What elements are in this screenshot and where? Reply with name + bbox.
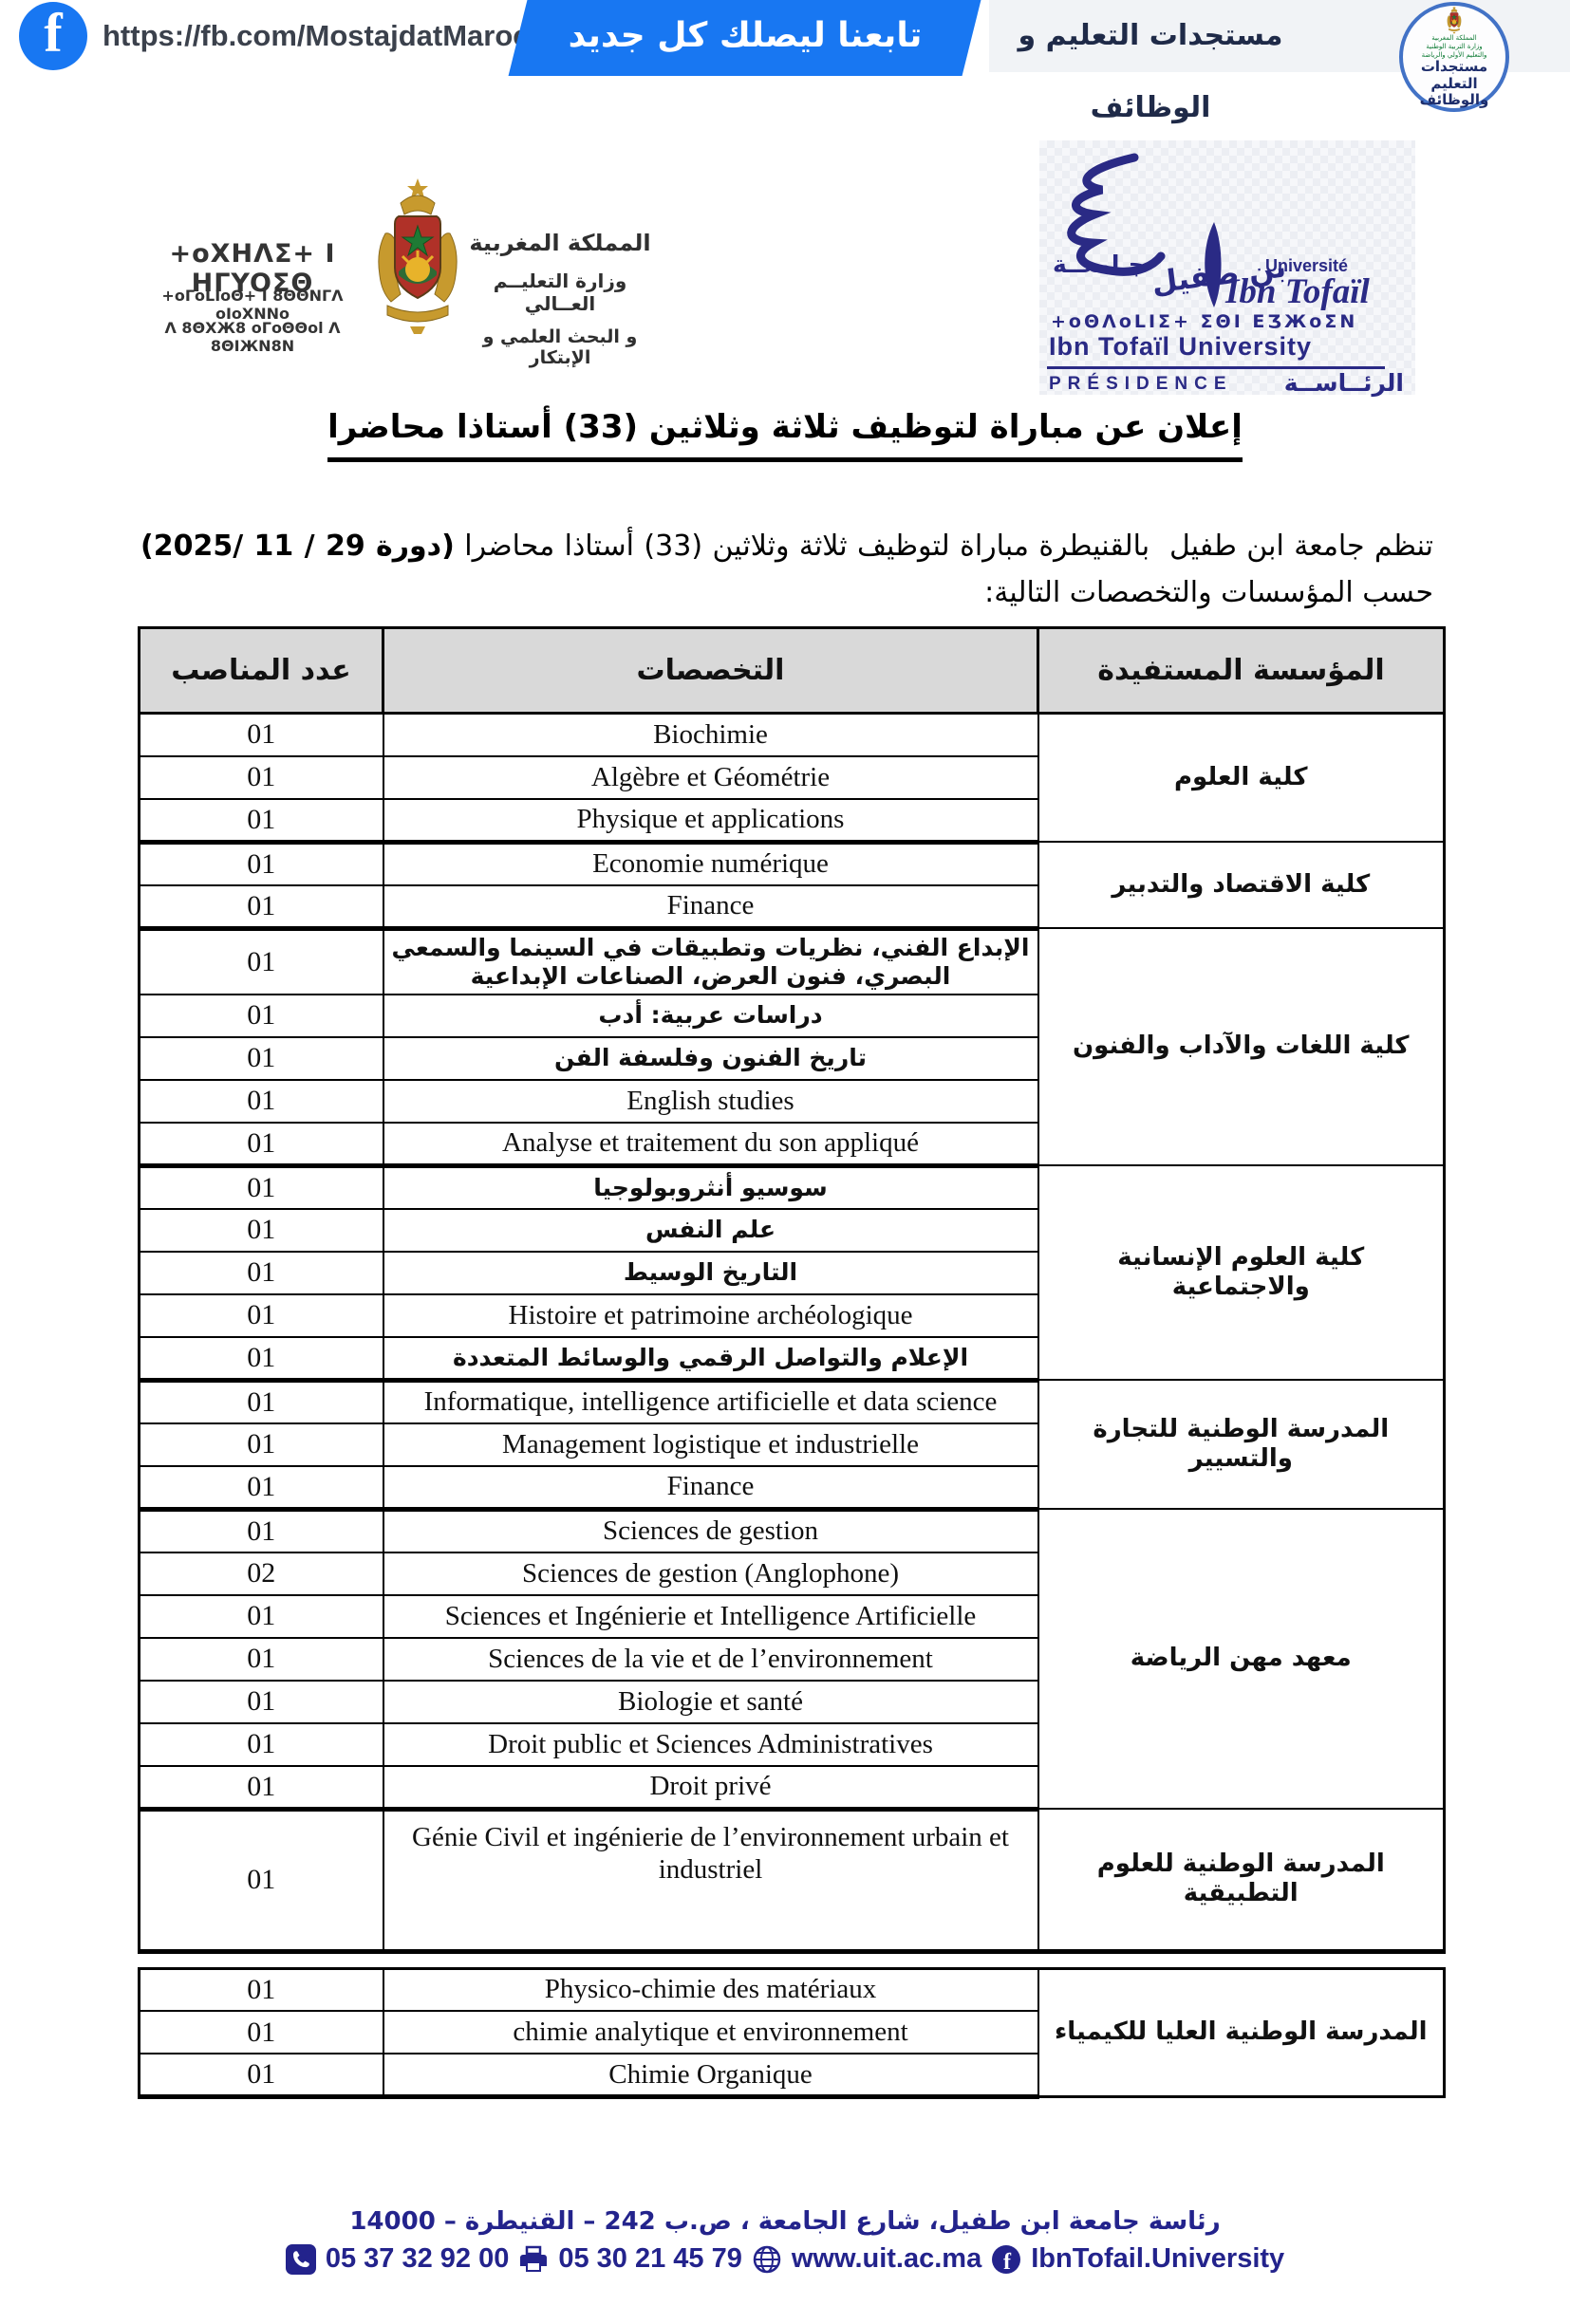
table-row: كلية الاقتصاد والتدبيرEconomie numérique… <box>140 842 1445 885</box>
specialty-cell: سوسيو أنثروبولوجيا <box>383 1165 1038 1209</box>
fax-number: 05 30 21 45 79 <box>558 2243 742 2275</box>
phone-number: 05 37 32 92 00 <box>326 2243 510 2275</box>
positions-count-cell: 01 <box>140 928 383 995</box>
specialty-cell: Sciences de la vie et de l’environnement <box>383 1638 1038 1681</box>
positions-count-cell: 01 <box>140 1037 383 1080</box>
specialty-cell: Biochimie <box>383 714 1038 756</box>
facebook-icon: f <box>19 2 87 70</box>
specialty-cell: Finance <box>383 885 1038 929</box>
table-row: كلية العلوم الإنسانية والاجتماعيةسوسيو أ… <box>140 1165 1445 1209</box>
specialty-cell: Economie numérique <box>383 842 1038 885</box>
table-row: المدرسة الوطنية للتجارة والتسييرInformat… <box>140 1380 1445 1423</box>
calligraphy-stroke-icon <box>1197 222 1227 309</box>
specialty-cell: Physico-chimie des matériaux <box>383 1968 1038 2011</box>
institution-cell: معهد مهن الرياضة <box>1038 1509 1445 1809</box>
specialty-cell: Chimie Organique <box>383 2054 1038 2097</box>
ministry-tifinagh-line3: Λ 8ΘXЖ8 oΓoΘΘol Λ 8ΘIЖN8N <box>133 319 372 355</box>
specialty-cell: Analyse et traitement du son appliqué <box>383 1123 1038 1166</box>
table-row: المدرسة الوطنية العليا للكيمياءPhysico-c… <box>140 1968 1445 2011</box>
positions-count-cell: 01 <box>140 756 383 799</box>
positions-table-chemistry: المدرسة الوطنية العليا للكيمياءPhysico-c… <box>138 1967 1446 2100</box>
page-logo-badge: المملكة المغربية وزارة التربية الوطنية و… <box>1399 2 1509 112</box>
positions-count-cell: 01 <box>140 1723 383 1766</box>
university-tifinagh-line: +oΘΛoLIΣ+ ΣΘI EƷЖoΣN <box>1051 311 1357 332</box>
phone-icon <box>286 2244 316 2275</box>
positions-count-cell: 01 <box>140 1209 383 1252</box>
table-row: كلية اللغات والآداب والفنونالإبداع الفني… <box>140 928 1445 995</box>
positions-count-cell: 01 <box>140 1165 383 1209</box>
badge-brand-text: مستجدات التعليم والوظائف <box>1403 59 1505 108</box>
positions-count-cell: 01 <box>140 1423 383 1466</box>
positions-count-cell: 01 <box>140 2011 383 2054</box>
ministry-arabic-text: المملكة المغربية وزارة التعليــم العــال… <box>463 230 657 368</box>
university-logo: جـامعــة بن طفيل Université Ibn Tofaïl +… <box>1039 140 1415 395</box>
positions-count-cell: 01 <box>140 1809 383 1951</box>
positions-count-cell: 01 <box>140 1123 383 1166</box>
specialty-cell: Algèbre et Géométrie <box>383 756 1038 799</box>
positions-count-cell: 01 <box>140 995 383 1037</box>
institution-cell: كلية العلوم <box>1038 714 1445 843</box>
header-positions-count: عدد المناصب <box>140 628 383 714</box>
specialty-cell: Biologie et santé <box>383 1681 1038 1723</box>
badge-small-text: المملكة المغربية وزارة التربية الوطنية و… <box>1422 34 1487 59</box>
specialty-cell: Sciences de gestion (Anglophone) <box>383 1552 1038 1595</box>
specialty-cell: Finance <box>383 1466 1038 1510</box>
positions-count-cell: 01 <box>140 842 383 885</box>
specialty-cell: Droit privé <box>383 1766 1038 1810</box>
positions-count-cell: 01 <box>140 1509 383 1552</box>
specialty-cell: chimie analytique et environnement <box>383 2011 1038 2054</box>
positions-count-cell: 01 <box>140 1380 383 1423</box>
facebook-handle: IbnTofail.University <box>1031 2243 1284 2275</box>
specialty-cell: Management logistique et industrielle <box>383 1423 1038 1466</box>
announcement-title: إعلان عن مباراة لتوظيف ثلاثة وثلاثين (33… <box>327 408 1243 462</box>
presidence-arabic-label: الرئــاســة <box>1284 369 1404 397</box>
fax-icon <box>518 2244 549 2275</box>
positions-count-cell: 01 <box>140 1080 383 1123</box>
specialty-cell: علم النفس <box>383 1209 1038 1252</box>
positions-table: المؤسسة المستفيدة التخصصات عدد المناصب ك… <box>138 626 1446 1954</box>
specialty-cell: Sciences et Ingénierie et Intelligence A… <box>383 1595 1038 1638</box>
institution-cell: المدرسة الوطنية للتجارة والتسيير <box>1038 1380 1445 1509</box>
positions-count-cell: 02 <box>140 1552 383 1595</box>
announcement-document: f https://fb.com/MostajdatMaroc تابعنا ل… <box>0 0 1570 2324</box>
session-date: (دورة 29 / 11 /2025) <box>140 530 455 563</box>
table-row: كلية العلومBiochimie01 <box>140 714 1445 756</box>
recruitment-tables: المؤسسة المستفيدة التخصصات عدد المناصب ك… <box>138 626 1448 2099</box>
positions-count-cell: 01 <box>140 1638 383 1681</box>
specialty-cell: دراسات عربية: أدب <box>383 995 1038 1037</box>
follow-text: تابعنا ليصلك كل جديد <box>518 0 972 76</box>
svg-text:f: f <box>1003 2250 1012 2275</box>
specialty-cell: Histoire et patrimoine archéologique <box>383 1294 1038 1337</box>
specialty-cell: English studies <box>383 1080 1038 1123</box>
facebook-banner: f https://fb.com/MostajdatMaroc تابعنا ل… <box>0 0 1570 72</box>
positions-count-cell: 01 <box>140 1766 383 1810</box>
positions-count-cell: 01 <box>140 1968 383 2011</box>
follow-ribbon: تابعنا ليصلك كل جديد <box>509 0 982 76</box>
ministry-logo: +oXHΛΣ+ I HΓYOΣΘ +oΓoLIoΘ+ I 8ΘΘNΓΛ oIoX… <box>133 142 664 389</box>
institution-cell: المدرسة الوطنية للعلوم التطبيقية <box>1038 1809 1445 1951</box>
positions-count-cell: 01 <box>140 1681 383 1723</box>
specialty-cell: التاريخ الوسيط <box>383 1252 1038 1294</box>
moroccan-coat-of-arms-icon <box>1440 6 1468 34</box>
specialty-cell: الإعلام والتواصل الرقمي والوسائط المتعدد… <box>383 1337 1038 1381</box>
positions-count-cell: 01 <box>140 2054 383 2097</box>
table-row: المدرسة الوطنية للعلوم التطبيقيةGénie Ci… <box>140 1809 1445 1951</box>
positions-count-cell: 01 <box>140 799 383 843</box>
specialty-cell: Sciences de gestion <box>383 1509 1038 1552</box>
page-title: إعلان عن مباراة لتوظيف ثلاثة وثلاثين (33… <box>0 408 1570 462</box>
ibn-tofail-script: Ibn Tofaïl <box>1225 271 1370 312</box>
university-english-name: Ibn Tofaïl University <box>1049 332 1312 362</box>
institution-cell: المدرسة الوطنية العليا للكيمياء <box>1038 1968 1445 2097</box>
institution-cell: كلية الاقتصاد والتدبير <box>1038 842 1445 928</box>
positions-count-cell: 01 <box>140 1466 383 1510</box>
table-row: معهد مهن الرياضةSciences de gestion01 <box>140 1509 1445 1552</box>
document-footer: رئاسة جامعة ابن طفيل، شارع الجامعة ، ص.ب… <box>0 2207 1570 2275</box>
intro-paragraph: تنظم جامعة ابن طفيل بالقنيطرة مباراة لتو… <box>140 524 1433 616</box>
moroccan-coat-of-arms <box>372 177 463 338</box>
facebook-url: https://fb.com/MostajdatMaroc <box>103 0 530 72</box>
header-institution: المؤسسة المستفيدة <box>1038 628 1445 714</box>
ministry-tifinagh-line2: +oΓoLIoΘ+ I 8ΘΘNΓΛ oIoXNNo <box>133 287 372 323</box>
university-address: رئاسة جامعة ابن طفيل، شارع الجامعة ، ص.ب… <box>0 2207 1570 2236</box>
brand-title: مستجدات التعليم و الوظائف <box>1008 0 1293 72</box>
positions-count-cell: 01 <box>140 885 383 929</box>
positions-count-cell: 01 <box>140 1337 383 1381</box>
header-specialties: التخصصات <box>383 628 1038 714</box>
globe-icon <box>752 2244 782 2275</box>
specialty-cell: تاريخ الفنون وفلسفة الفن <box>383 1037 1038 1080</box>
table-header-row: المؤسسة المستفيدة التخصصات عدد المناصب <box>140 628 1445 714</box>
specialty-cell: Physique et applications <box>383 799 1038 843</box>
specialty-cell: Droit public et Sciences Administratives <box>383 1723 1038 1766</box>
presidence-label: PRÉSIDENCE <box>1049 374 1233 395</box>
positions-count-cell: 01 <box>140 714 383 756</box>
institution-cell: كلية اللغات والآداب والفنون <box>1038 928 1445 1165</box>
specialty-cell: الإبداع الفني، نظريات وتطبيقات في السينم… <box>383 928 1038 995</box>
specialty-cell: Génie Civil et ingénierie de l’environne… <box>383 1809 1038 1951</box>
website-url: www.uit.ac.ma <box>792 2243 981 2275</box>
university-arabic-word: جـامعــة <box>1053 251 1146 278</box>
contact-line: 05 37 32 92 00 05 30 21 45 79 www.uit.ac… <box>0 2243 1570 2275</box>
positions-count-cell: 01 <box>140 1252 383 1294</box>
positions-count-cell: 01 <box>140 1595 383 1638</box>
facebook-footer-icon: f <box>991 2244 1021 2275</box>
positions-count-cell: 01 <box>140 1294 383 1337</box>
institution-cell: كلية العلوم الإنسانية والاجتماعية <box>1038 1165 1445 1380</box>
specialty-cell: Informatique, intelligence artificielle … <box>383 1380 1038 1423</box>
